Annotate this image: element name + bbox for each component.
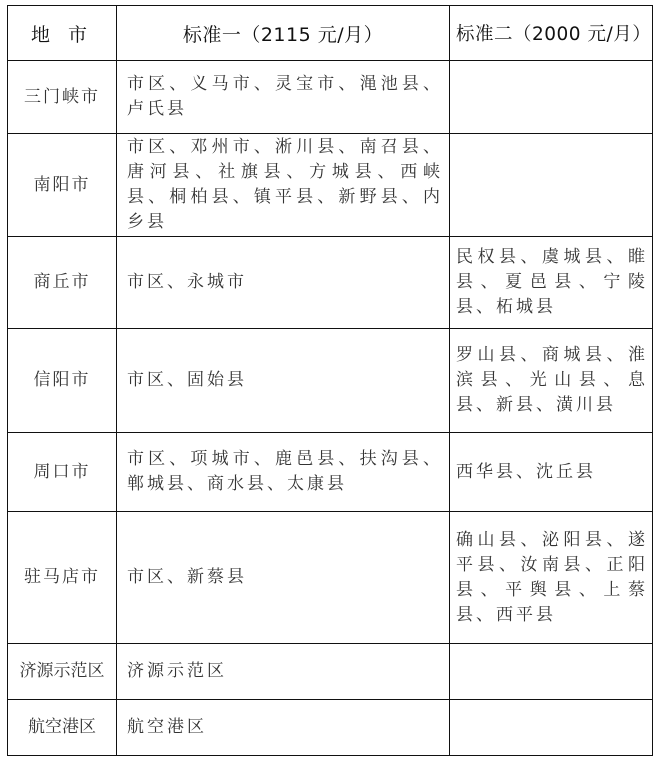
table-row: 周口市 市区、项城市、鹿邑县、扶沟县、郸城县、商水县、太康县 西华县、沈丘县 — [8, 433, 653, 512]
city-cell: 济源示范区 — [8, 644, 117, 700]
standard-two-cell: 西华县、沈丘县 — [450, 433, 653, 512]
standard-two-cell — [450, 700, 653, 756]
table-row: 信阳市 市区、固始县 罗山县、商城县、淮滨县、光山县、息县、新县、潢川县 — [8, 329, 653, 433]
header-city: 地 市 — [8, 6, 117, 61]
standard-two-cell: 民权县、虞城县、睢县、夏邑县、宁陵县、柘城县 — [450, 237, 653, 329]
standard-one-cell: 航空港区 — [117, 700, 450, 756]
table-row: 航空港区 航空港区 — [8, 700, 653, 756]
standard-one-cell: 市区、固始县 — [117, 329, 450, 433]
standard-one-cell: 市区、义马市、灵宝市、渑池县、卢氏县 — [117, 61, 450, 134]
standard-one-cell: 市区、新蔡县 — [117, 512, 450, 644]
table-row: 商丘市 市区、永城市 民权县、虞城县、睢县、夏邑县、宁陵县、柘城县 — [8, 237, 653, 329]
header-row: 地 市 标准一（2115 元/月） 标准二（2000 元/月） — [8, 6, 653, 61]
city-cell: 三门峡市 — [8, 61, 117, 134]
standard-one-cell: 济源示范区 — [117, 644, 450, 700]
city-cell: 南阳市 — [8, 134, 117, 237]
standard-two-cell: 罗山县、商城县、淮滨县、光山县、息县、新县、潢川县 — [450, 329, 653, 433]
standard-one-cell: 市区、邓州市、淅川县、南召县、唐河县、社旗县、方城县、西峡县、桐柏县、镇平县、新… — [117, 134, 450, 237]
table-row: 三门峡市 市区、义马市、灵宝市、渑池县、卢氏县 — [8, 61, 653, 134]
standard-two-cell — [450, 644, 653, 700]
standard-one-cell: 市区、永城市 — [117, 237, 450, 329]
table-row: 驻马店市 市区、新蔡县 确山县、泌阳县、遂平县、汝南县、正阳县、平舆县、上蔡县、… — [8, 512, 653, 644]
wage-standard-table: 地 市 标准一（2115 元/月） 标准二（2000 元/月） 三门峡市 市区、… — [7, 5, 653, 756]
city-cell: 商丘市 — [8, 237, 117, 329]
header-standard-two: 标准二（2000 元/月） — [450, 6, 653, 61]
city-cell: 驻马店市 — [8, 512, 117, 644]
standard-two-cell — [450, 61, 653, 134]
city-cell: 信阳市 — [8, 329, 117, 433]
standard-two-cell — [450, 134, 653, 237]
table-row: 南阳市 市区、邓州市、淅川县、南召县、唐河县、社旗县、方城县、西峡县、桐柏县、镇… — [8, 134, 653, 237]
city-cell: 周口市 — [8, 433, 117, 512]
standard-one-cell: 市区、项城市、鹿邑县、扶沟县、郸城县、商水县、太康县 — [117, 433, 450, 512]
city-cell: 航空港区 — [8, 700, 117, 756]
header-standard-one: 标准一（2115 元/月） — [117, 6, 450, 61]
table-row: 济源示范区 济源示范区 — [8, 644, 653, 700]
standard-two-cell: 确山县、泌阳县、遂平县、汝南县、正阳县、平舆县、上蔡县、西平县 — [450, 512, 653, 644]
